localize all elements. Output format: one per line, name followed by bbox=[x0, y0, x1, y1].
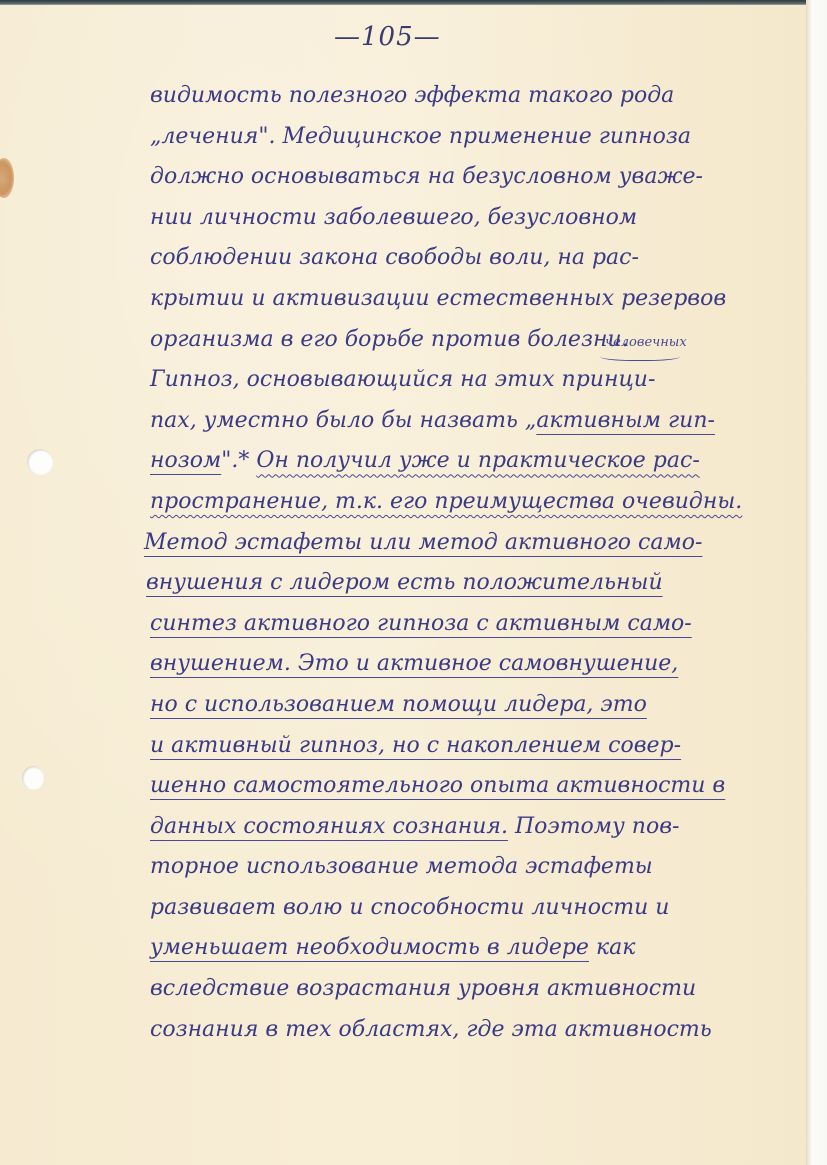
punch-hole bbox=[22, 766, 44, 790]
text-line: Гипноз, основывающийся на этих принци-че… bbox=[150, 360, 790, 401]
text-segment: Поэтому пов- bbox=[508, 807, 680, 847]
underlined-text: но с использованием помощи лидера, это bbox=[150, 685, 647, 725]
text-segment: должно основываться на безусловном уваже… bbox=[150, 157, 703, 197]
text-line: уменьшает необходимость в лидере как bbox=[150, 928, 790, 969]
text-line: видимость полезного эффекта такого рода bbox=[150, 76, 790, 117]
text-line: внушением. Это и активное самовнушение, bbox=[150, 644, 790, 685]
text-segment: Гипноз, основывающийся на этих bbox=[150, 360, 562, 400]
text-line: соблюдении закона свободы воли, на рас- bbox=[150, 238, 790, 279]
text-segment: организма в его борьбе против болезни. bbox=[150, 320, 629, 360]
scanner-bed-margin bbox=[806, 0, 827, 1165]
underlined-text: данных состояниях сознания. bbox=[150, 807, 508, 847]
inserted-word-annotation: человечных bbox=[605, 336, 687, 350]
underlined-text: активным гип- bbox=[536, 401, 715, 441]
text-line: развивает волю и способности личности и bbox=[150, 888, 790, 929]
underlined-text: уменьшает необходимость в лидере bbox=[150, 928, 589, 968]
text-segment: ".* bbox=[221, 441, 256, 481]
text-line: данных состояниях сознания. Поэтому пов- bbox=[150, 807, 790, 848]
text-line: нозом".* Он получил уже и практическое р… bbox=[150, 441, 790, 482]
text-segment: видимость полезного эффекта такого рода bbox=[150, 76, 674, 116]
scanned-page: —105— видимость полезного эффекта такого… bbox=[0, 0, 827, 1165]
text-line: шенно самостоятельного опыта активности … bbox=[150, 766, 790, 807]
text-segment: принци- bbox=[562, 360, 656, 400]
punch-hole bbox=[27, 449, 53, 475]
text-segment: соблюдении закона свободы воли, на рас- bbox=[150, 238, 639, 278]
text-line: внушения с лидером есть положительный bbox=[146, 563, 790, 604]
text-line: крытии и активизации естественных резерв… bbox=[150, 279, 790, 320]
text-segment: крытии и активизации естественных резерв… bbox=[150, 279, 726, 319]
underlined-text: внушением. Это и активное самовнушение, bbox=[150, 644, 678, 684]
text-line: синтез активного гипноза с активным само… bbox=[150, 604, 790, 645]
text-segment: вследствие возрастания уровня активности bbox=[150, 969, 696, 1009]
text-segment: „лечения". Медицинское применение гипноз… bbox=[150, 117, 691, 157]
text-segment: развивает волю и способности личности и bbox=[150, 888, 669, 928]
text-line: „лечения". Медицинское применение гипноз… bbox=[150, 117, 790, 158]
text-line: и активный гипноз, но с накоплением сове… bbox=[150, 726, 790, 767]
underlined-text: внушения с лидером есть положительный bbox=[146, 563, 663, 603]
text-line: пространение, т.к. его преимущества очев… bbox=[150, 482, 790, 523]
page-number: —105— bbox=[334, 22, 441, 52]
text-line: должно основываться на безусловном уваже… bbox=[150, 157, 790, 198]
text-segment: нии личности заболевшего, безусловном bbox=[150, 198, 637, 238]
text-line: но с использованием помощи лидера, это bbox=[150, 685, 790, 726]
insertion-brace bbox=[600, 350, 680, 361]
text-segment: как bbox=[589, 928, 635, 968]
wavy-underlined-text: пространение, т.к. его преимущества очев… bbox=[150, 482, 742, 522]
underlined-text: синтез активного гипноза с активным само… bbox=[150, 604, 692, 644]
text-line: Метод эстафеты или метод активного само- bbox=[144, 523, 790, 564]
underlined-text: и активный гипноз, но bbox=[150, 726, 427, 766]
text-segment: сознания в тех областях, где эта активно… bbox=[150, 1010, 712, 1050]
text-segment: торное использование метода эстафеты bbox=[150, 847, 653, 887]
text-line: сознания в тех областях, где эта активно… bbox=[150, 1010, 790, 1051]
underlined-text: нозом bbox=[150, 441, 221, 481]
text-line: нии личности заболевшего, безусловном bbox=[150, 198, 790, 239]
text-line: торное использование метода эстафеты bbox=[150, 847, 790, 888]
underlined-text: с накоплением совер- bbox=[427, 726, 681, 766]
wavy-underlined-text: Он получил уже и практическое рас- bbox=[256, 441, 699, 481]
text-segment: пах, уместно было бы назвать „ bbox=[150, 401, 536, 441]
text-line: пах, уместно было бы назвать „активным г… bbox=[150, 401, 790, 442]
handwritten-text-body: видимость полезного эффекта такого рода„… bbox=[150, 76, 790, 1050]
underlined-text: шенно самостоятельного опыта активности … bbox=[150, 766, 725, 806]
text-line: организма в его борьбе против болезни. bbox=[150, 320, 790, 361]
text-line: вследствие возрастания уровня активности bbox=[150, 969, 790, 1010]
underlined-text: Метод эстафеты или метод активного само- bbox=[144, 523, 702, 563]
